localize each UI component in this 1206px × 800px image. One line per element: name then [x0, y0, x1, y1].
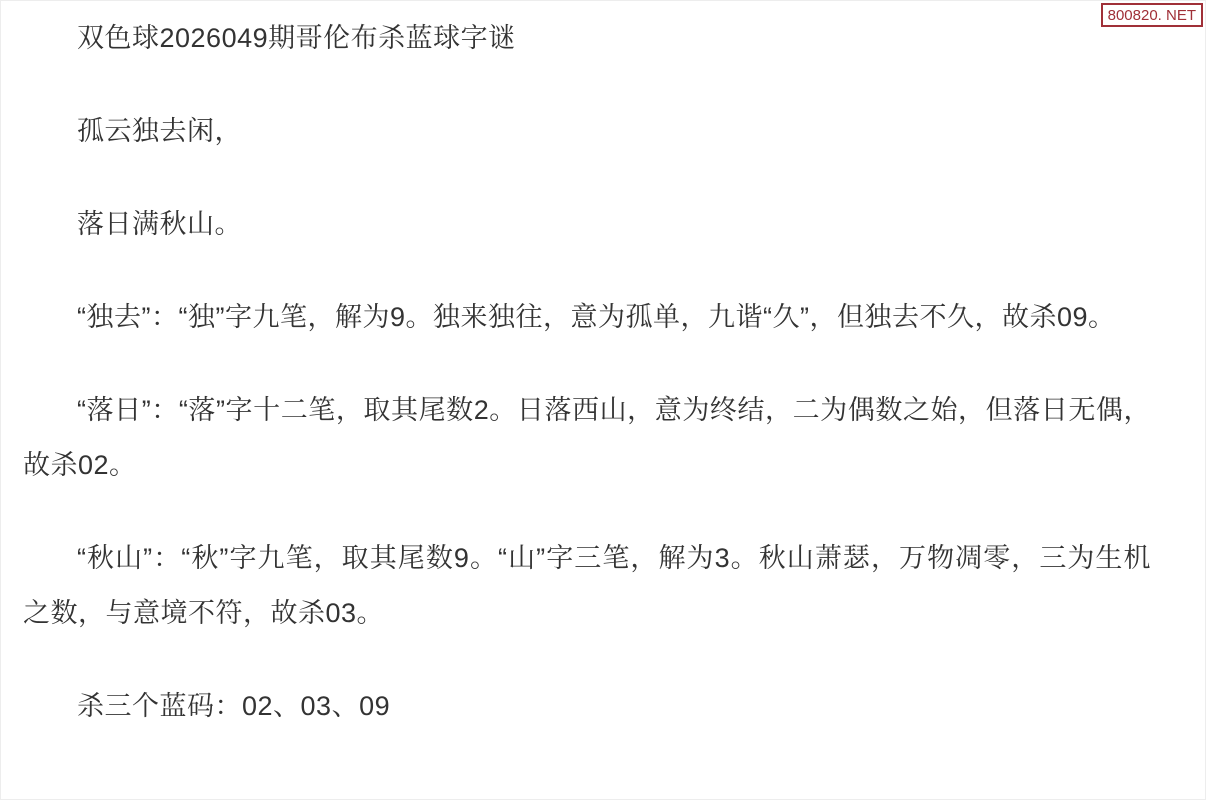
poem-line-2: 落日满秋山。 — [23, 197, 1151, 252]
site-watermark-badge: 800820. NET — [1101, 3, 1203, 27]
analysis-paragraph-luori: “落日”：“落”字十二笔，取其尾数2。日落西山，意为终结，二为偶数之始，但落日无… — [23, 383, 1151, 493]
poem-line-1: 孤云独去闲， — [23, 104, 1151, 159]
conclusion-kill-blue-codes: 杀三个蓝码：02、03、09 — [23, 679, 1151, 734]
analysis-paragraph-qiushan: “秋山”：“秋”字九笔，取其尾数9。“山”字三笔，解为3。秋山萧瑟，万物凋零，三… — [23, 531, 1151, 641]
analysis-paragraph-duqu: “独去”：“独”字九笔，解为9。独来独往，意为孤单，九谐“久”，但独去不久，故杀… — [23, 290, 1151, 345]
article-title: 双色球2026049期哥伦布杀蓝球字谜 — [23, 11, 1151, 66]
article-page: 800820. NET 双色球2026049期哥伦布杀蓝球字谜 孤云独去闲， 落… — [0, 0, 1206, 800]
article-content: 双色球2026049期哥伦布杀蓝球字谜 孤云独去闲， 落日满秋山。 “独去”：“… — [1, 1, 1205, 734]
